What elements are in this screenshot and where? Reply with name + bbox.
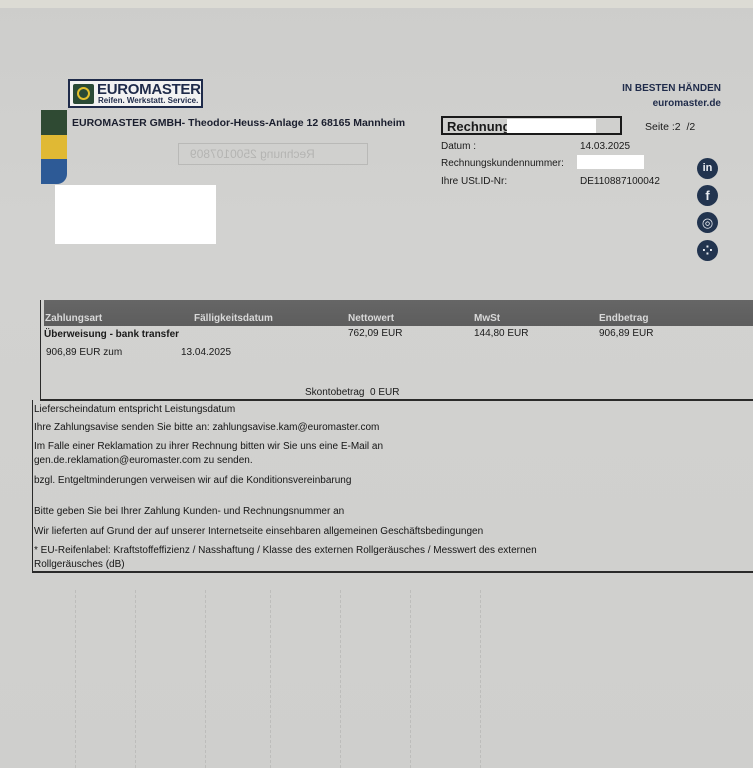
due-amount: 906,89 EUR zum xyxy=(46,347,122,358)
ghost-invoice-number: Rechnung 2500107809 xyxy=(190,147,315,161)
vat-amount: 144,80 EUR xyxy=(474,328,528,339)
col-vat: MwSt xyxy=(474,313,500,324)
note-terms: Wir lieferten auf Grund der auf unserer … xyxy=(34,526,483,537)
vat-id-value: DE110887100042 xyxy=(580,176,660,187)
customer-number-label: Rechnungskundennummer: xyxy=(441,158,564,169)
xing-icon[interactable]: ⁘ xyxy=(697,240,718,261)
brand-stripe-yellow xyxy=(41,135,67,159)
note-eu-tyre-label-cont: Rollgeräusches (dB) xyxy=(34,559,125,570)
note-complaint: Im Falle einer Reklamation zu ihrer Rech… xyxy=(34,441,383,452)
note-complaint-email: gen.de.reklamation@euromaster.com zu sen… xyxy=(34,455,253,466)
euromaster-wheel-icon xyxy=(73,84,94,104)
date-value: 14.03.2025 xyxy=(580,141,630,152)
facebook-icon[interactable]: f xyxy=(697,185,718,206)
col-total: Endbetrag xyxy=(599,313,648,324)
redacted-invoice-number xyxy=(507,119,596,133)
company-address: EUROMASTER GMBH- Theodor-Heuss-Anlage 12… xyxy=(72,117,405,129)
ghost-column-line xyxy=(270,590,271,768)
instagram-icon[interactable]: ◎ xyxy=(697,212,718,233)
total-amount: 906,89 EUR xyxy=(599,328,653,339)
col-due-date: Fälligkeitsdatum xyxy=(194,313,273,324)
note-reductions: bzgl. Entgeltminderungen verweisen wir a… xyxy=(34,475,351,486)
linkedin-icon[interactable]: in xyxy=(697,158,718,179)
page-indicator: Seite :2 /2 xyxy=(645,121,695,133)
vat-id-label: Ihre USt.ID-Nr: xyxy=(441,176,507,187)
brand-stripe-blue xyxy=(41,159,67,184)
slogan: IN BESTEN HÄNDEN xyxy=(622,81,721,96)
euromaster-logo: EUROMASTER Reifen. Werkstatt. Service. xyxy=(68,79,203,108)
website: euromaster.de xyxy=(622,96,721,111)
redacted-customer-number xyxy=(577,155,644,169)
note-reference-numbers: Bitte geben Sie bei Ihrer Zahlung Kunden… xyxy=(34,506,344,517)
col-payment-method: Zahlungsart xyxy=(45,313,102,324)
col-net: Nettowert xyxy=(348,313,394,324)
ghost-column-line xyxy=(410,590,411,768)
slogan-block: IN BESTEN HÄNDEN euromaster.de xyxy=(622,81,721,111)
invoice-title: Rechnung xyxy=(447,119,511,134)
note-delivery-date: Lieferscheindatum entspricht Leistungsda… xyxy=(34,404,235,415)
date-label: Datum : xyxy=(441,141,476,152)
brand-stripe-green xyxy=(41,110,67,135)
page-edge xyxy=(0,0,753,8)
invoice-title-box: Rechnung xyxy=(441,116,622,135)
note-eu-tyre-label: * EU-Reifenlabel: Kraftstoffeffizienz / … xyxy=(34,545,537,556)
redacted-recipient-address xyxy=(55,185,216,244)
note-payment-advice: Ihre Zahlungsavise senden Sie bitte an: … xyxy=(34,422,379,433)
ghost-column-line xyxy=(135,590,136,768)
skonto-amount: Skontobetrag 0 EUR xyxy=(305,387,400,398)
ghost-column-line xyxy=(75,590,76,768)
net-amount: 762,09 EUR xyxy=(348,328,402,339)
logo-tagline: Reifen. Werkstatt. Service. xyxy=(98,96,198,106)
ghost-column-line xyxy=(340,590,341,768)
payment-table-header: Zahlungsart Fälligkeitsdatum Nettowert M… xyxy=(44,300,753,326)
ghost-column-line xyxy=(480,590,481,768)
due-date: 13.04.2025 xyxy=(181,347,231,358)
ghost-column-line xyxy=(205,590,206,768)
payment-method: Überweisung - bank transfer xyxy=(44,329,179,340)
